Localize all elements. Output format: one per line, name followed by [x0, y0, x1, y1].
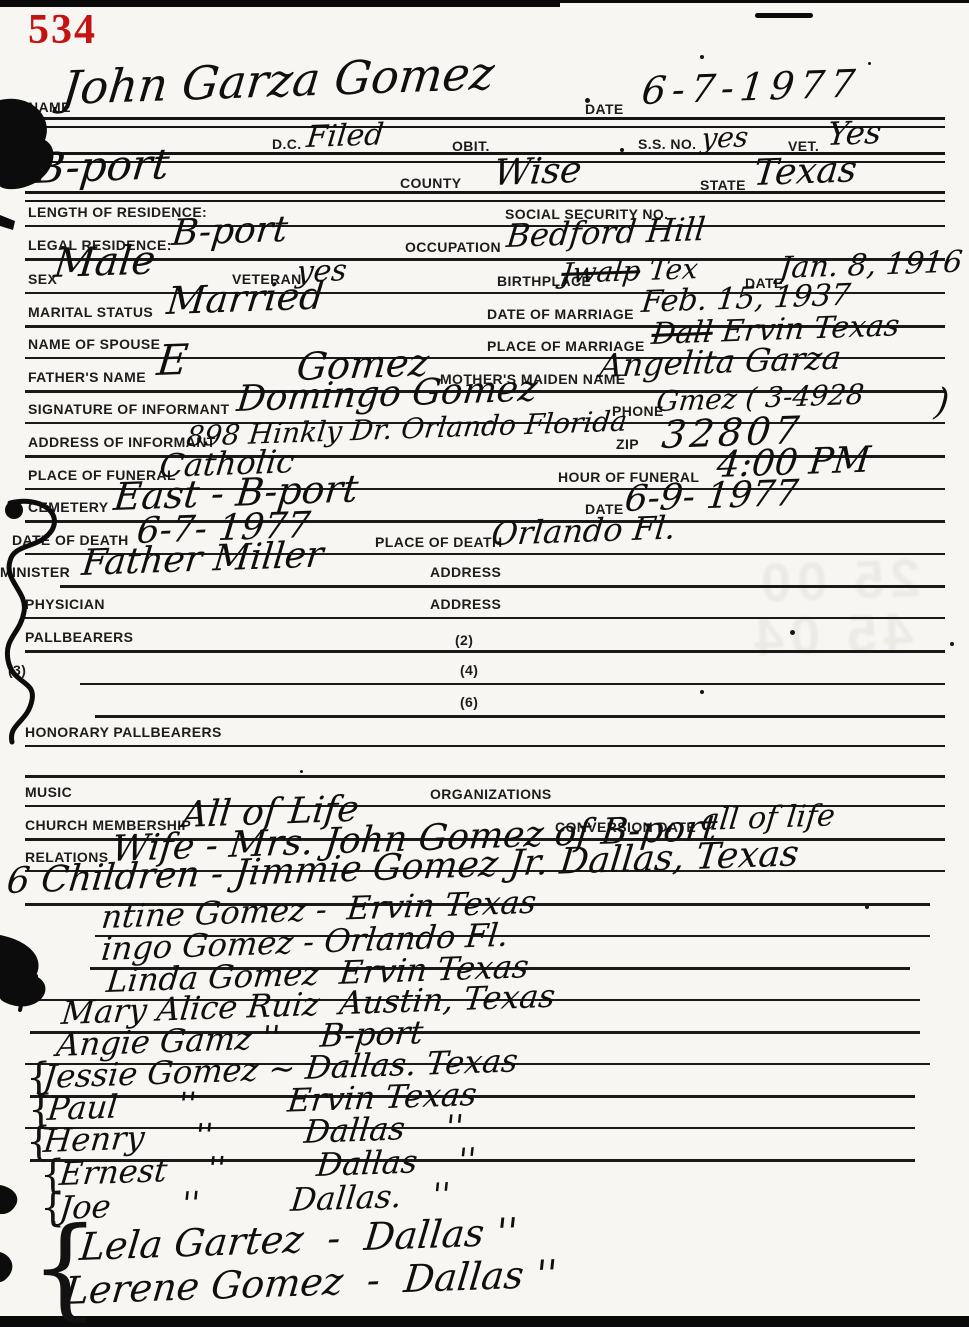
name-value: John Garza Gomez: [60, 50, 497, 111]
scanned-funeral-record-page: 534 25 00 45 04 NAME John Garza Gomez DA…: [0, 0, 969, 1327]
ink-speck: [620, 148, 624, 152]
father-initial-value: E: [155, 339, 190, 382]
ink-speck: [700, 690, 704, 694]
marital-status-value: Married: [165, 276, 326, 320]
stray-mark: [755, 13, 813, 18]
rule-line: [25, 745, 945, 747]
ink-speck: [790, 630, 795, 635]
phone-paren: ): [933, 384, 951, 421]
ssno-label: S.S. NO.: [638, 136, 696, 152]
birthplace-struck-text: Jwalp: [560, 254, 642, 290]
physician-address-label: ADDRESS: [430, 596, 501, 612]
rule-line: [25, 191, 945, 202]
scan-edge-bottom: [0, 1316, 969, 1327]
ink-speck: [300, 770, 303, 773]
pallbearer-4-label: (4): [460, 662, 478, 678]
county-value: Wise: [492, 153, 583, 192]
occupation-label: OCCUPATION: [405, 239, 501, 255]
rule-line: [25, 117, 945, 128]
date-label: DATE: [585, 101, 624, 117]
ink-speck: [950, 642, 954, 646]
ink-speck: [865, 905, 869, 909]
zip-label: ZIP: [616, 436, 639, 452]
torn-edge-artifact: [0, 0, 110, 1327]
birthplace-rest-text: Tex: [639, 252, 700, 287]
county-label: COUNTY: [400, 175, 462, 191]
rule-line: [25, 617, 945, 619]
conversion-date-value: all of life: [700, 801, 836, 836]
minister-address-label: ADDRESS: [430, 564, 501, 580]
ssno-value: yes: [700, 123, 750, 153]
marriage-date-label: DATE OF MARRIAGE: [487, 306, 634, 322]
obit-label: OBIT.: [452, 138, 490, 154]
vet-value: Yes: [826, 116, 883, 150]
ink-speck: [868, 62, 871, 65]
occupation-value: Bedford Hill: [505, 213, 707, 252]
organizations-label: ORGANIZATIONS: [430, 786, 552, 802]
state-label: STATE: [700, 177, 746, 193]
rule-line: [80, 683, 945, 685]
date-value: 6-7-1977: [640, 64, 863, 110]
dc-value: Filed: [305, 120, 385, 153]
legal-residence-value: B-port: [170, 212, 289, 252]
ink-speck: [585, 98, 590, 103]
rule-line: [95, 715, 945, 718]
rule-line: [60, 585, 945, 588]
minister-value: Father Miller: [80, 537, 325, 582]
rule-line: [25, 775, 945, 778]
mother-maiden-name-value: Angelita Garza: [598, 341, 843, 382]
state-value: Texas: [752, 152, 859, 192]
rule-line: [25, 225, 945, 227]
dc-label: D.C.: [272, 136, 302, 152]
death-place-label: PLACE OF DEATH: [375, 534, 502, 550]
pallbearer-2-label: (2): [455, 632, 473, 648]
pallbearer-6-label: (6): [460, 694, 478, 710]
death-place-value: Orlando Fl.: [490, 511, 677, 550]
ink-speck: [700, 55, 704, 59]
rule-line: [25, 650, 945, 653]
bleedthrough-text: 45 04: [747, 601, 914, 669]
